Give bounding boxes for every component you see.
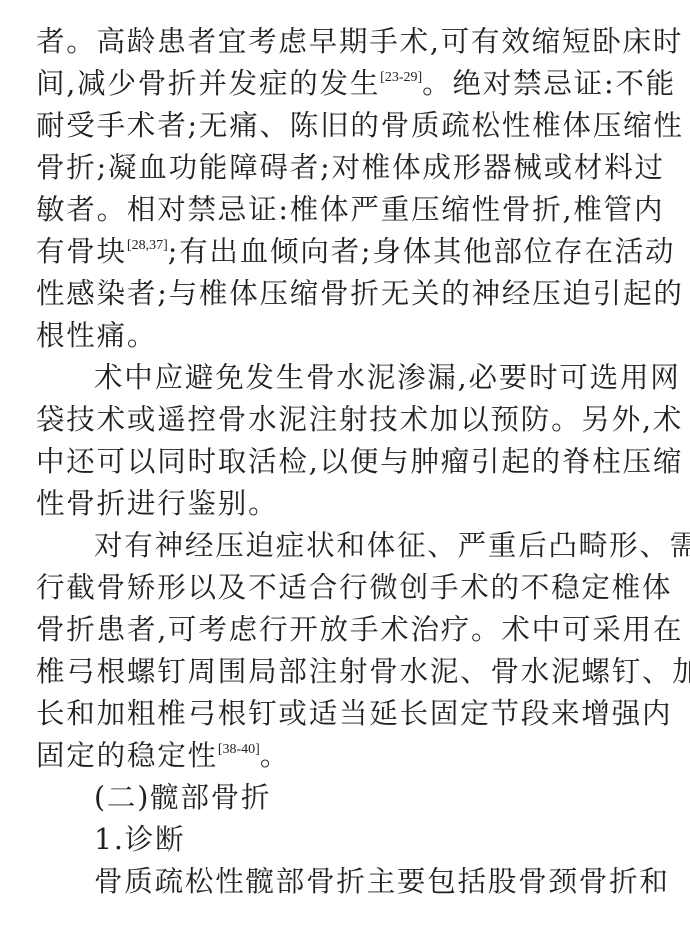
text-line: 间,减少骨折并发症的发生[23-29]。绝对禁忌证:不能 (36, 63, 656, 105)
text-line: 有骨块[28,37];有出血倾向者;身体其他部位存在活动 (36, 231, 656, 273)
text-line: 耐受手术者;无痛、陈旧的骨质疏松性椎体压缩性 (36, 105, 656, 147)
text-line: 固定的稳定性[38-40]。 (36, 735, 656, 777)
text-line: 性骨折进行鉴别。 (36, 483, 656, 525)
subsection-heading: 1.诊断 (36, 819, 656, 861)
line-text: 。绝对禁忌证:不能 (422, 67, 676, 100)
text-line: 长和加粗椎弓根钉或适当延长固定节段来增强内 (36, 693, 656, 735)
section-heading: (二)髋部骨折 (36, 777, 656, 819)
line-text: 固定的稳定性 (36, 739, 218, 772)
text-line: 根性痛。 (36, 315, 656, 357)
text-line: 对有神经压迫症状和体征、严重后凸畸形、需 (36, 525, 656, 567)
text-line: 骨质疏松性髋部骨折主要包括股骨颈骨折和 (36, 861, 656, 903)
text-line: 术中应避免发生骨水泥渗漏,必要时可选用网 (36, 357, 656, 399)
line-text: 间,减少骨折并发症的发生 (36, 67, 380, 100)
text-line: 性感染者;与椎体压缩骨折无关的神经压迫引起的 (36, 273, 656, 315)
citation-ref: [38-40] (218, 742, 260, 757)
text-line: 敏者。相对禁忌证:椎体严重压缩性骨折,椎管内 (36, 189, 656, 231)
citation-ref: [23-29] (380, 70, 422, 85)
line-text: ;有出血倾向者;身体其他部位存在活动 (168, 235, 676, 268)
text-line: 椎弓根螺钉周围局部注射骨水泥、骨水泥螺钉、加 (36, 651, 656, 693)
text-line: 袋技术或遥控骨水泥注射技术加以预防。另外,术 (36, 399, 656, 441)
text-column: 者。高龄患者宜考虑早期手术,可有效缩短卧床时 间,减少骨折并发症的发生[23-2… (36, 21, 656, 903)
line-text: 。 (260, 739, 290, 772)
line-text: 有骨块 (36, 235, 127, 268)
text-line: 者。高龄患者宜考虑早期手术,可有效缩短卧床时 (36, 21, 656, 63)
text-line: 骨折;凝血功能障碍者;对椎体成形器械或材料过 (36, 147, 656, 189)
text-line: 骨折患者,可考虑行开放手术治疗。术中可采用在 (36, 609, 656, 651)
citation-ref: [28,37] (127, 238, 168, 253)
text-line: 行截骨矫形以及不适合行微创手术的不稳定椎体 (36, 567, 656, 609)
document-page: 者。高龄患者宜考虑早期手术,可有效缩短卧床时 间,减少骨折并发症的发生[23-2… (0, 0, 690, 937)
text-line: 中还可以同时取活检,以便与肿瘤引起的脊柱压缩 (36, 441, 656, 483)
